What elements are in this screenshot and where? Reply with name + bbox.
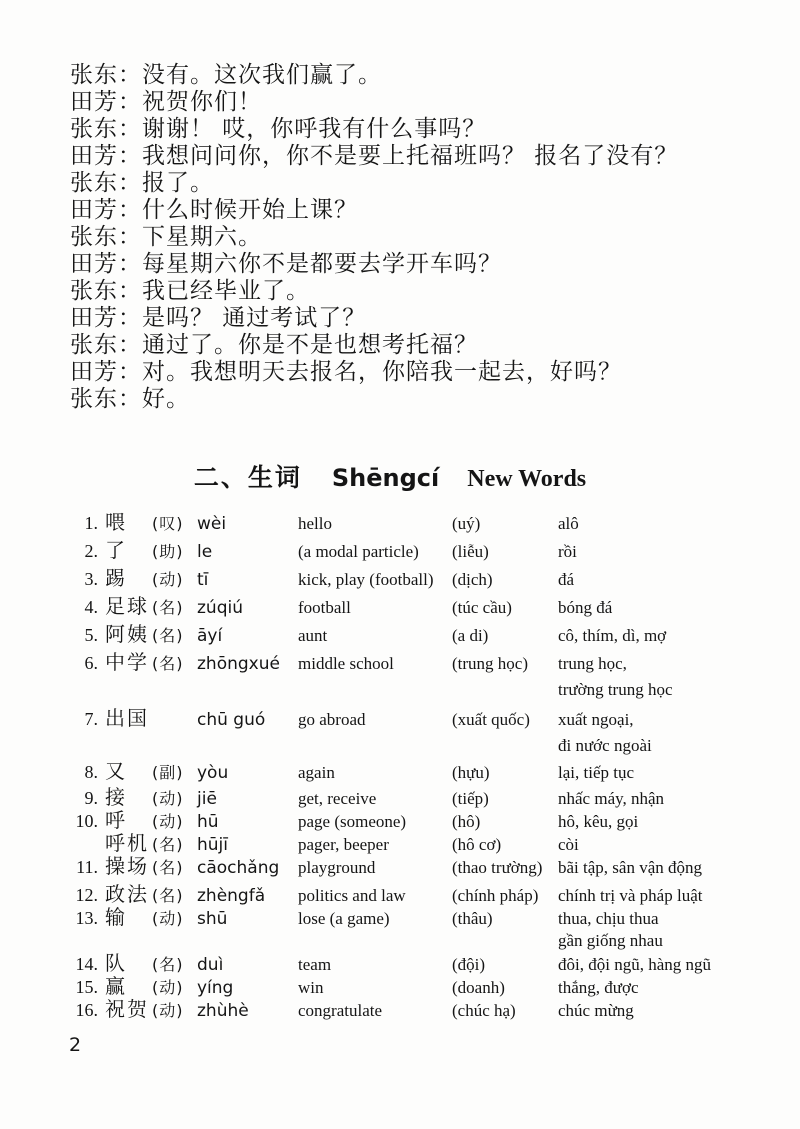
vocab-hanzi: 赢 [98,975,152,998]
vocab-row: 10. 呼 (动) hū page (someone) (hô) hô, kêu… [70,809,770,832]
vocab-part-of-speech: (动) [152,907,197,930]
vocab-sino-vietnamese: (liễu) [452,538,558,566]
vocab-part-of-speech: (副) [152,761,197,784]
vocab-row: 2. 了 (助) le (a modal particle) (liễu) rồ… [70,536,770,564]
vocab-english: middle school [298,650,452,678]
vocab-pinyin: hū [197,811,298,834]
vocab-pinyin: zhèngfǎ [197,885,298,908]
vocab-hanzi: 呼机 [98,832,152,855]
vocab-part-of-speech: (名) [152,833,197,856]
vocab-sino-vietnamese: (hựu) [452,761,558,784]
vocab-row: 13. 输 (动) shū lose (a game) (thâu) thua,… [70,906,770,929]
vocab-vietnamese: rồi [558,538,770,566]
vocab-hanzi: 中学 [98,648,152,676]
dialogue-section: 张东：没有。这次我们赢了。 田芳：祝贺你们！ 张东：谢谢！ 哎，你呼我有什么事吗… [70,62,678,413]
vocab-vietnamese: thắng, được [558,976,770,999]
dialogue-line: 张东：下星期六。 [70,224,678,251]
vocab-english: aunt [298,622,452,650]
vocab-english: lose (a game) [298,907,452,930]
textbook-page: { "page": { "background": "#fdfdfc", "te… [0,0,800,1129]
vocab-sino-vietnamese: (xuất quốc) [452,706,558,734]
vocab-hanzi: 踢 [98,564,152,592]
vocab-hanzi: 呼 [98,809,152,832]
vocab-vietnamese: chính trị và pháp luật [558,884,770,907]
vocab-number: 1. [70,509,98,537]
vocab-sino-vietnamese: (dịch) [452,566,558,594]
vocab-row: gần giống nhau [70,929,770,952]
vocab-english: go abroad [298,706,452,734]
vocab-hanzi: 又 [98,760,152,783]
vocab-pinyin: yíng [197,977,298,1000]
vocab-sino-vietnamese: (túc cầu) [452,594,558,622]
vocab-vietnamese: hô, kêu, gọi [558,810,770,833]
vocab-vietnamese: bãi tập, sân vận động [558,856,770,879]
vocab-sino-vietnamese: (thao trường) [452,856,558,879]
vocab-row: 4. 足球 (名) zúqiú football (túc cầu) bóng … [70,592,770,620]
section-title-pinyin: Shēngcí [332,464,439,492]
vocab-row: 8. 又 (副) yòu again (hựu) lại, tiếp tục [70,760,770,783]
vocab-row: 9. 接 (动) jiē get, receive (tiếp) nhấc má… [70,786,770,809]
vocab-vietnamese: alô [558,510,770,538]
vocab-part-of-speech: (名) [152,594,197,622]
vocab-pinyin: wèi [197,510,298,538]
dialogue-line: 张东：没有。这次我们赢了。 [70,62,678,89]
vocab-sino-vietnamese: (a di) [452,622,558,650]
vocab-row: 5. 阿姨 (名) āyí aunt (a di) cô, thím, dì, … [70,620,770,648]
vocab-english: win [298,976,452,999]
vocab-sino-vietnamese: (trung học) [452,650,558,678]
vocab-sino-vietnamese: (uý) [452,510,558,538]
vocab-row: 12. 政法 (名) zhèngfǎ politics and law (chí… [70,883,770,906]
vocab-english: (a modal particle) [298,538,452,566]
vocab-number: 14. [70,953,98,976]
vocab-number: 13. [70,907,98,930]
vocab-english: football [298,594,452,622]
dialogue-line: 田芳：每星期六你不是都要去学开车吗？ [70,251,678,278]
vocab-part-of-speech: (名) [152,650,197,678]
vocab-pinyin: zhùhè [197,1000,298,1023]
dialogue-line: 张东：好。 [70,386,678,413]
vocab-row: 7. 出国 chū guó go abroad (xuất quốc) xuất… [70,704,770,732]
dialogue-line: 田芳：我想问问你，你不是要上托福班吗？ 报名了没有？ [70,143,678,170]
vocab-part-of-speech: (动) [152,976,197,999]
vocab-english: get, receive [298,787,452,810]
vocab-vietnamese: bóng đá [558,594,770,622]
vocab-pinyin: zhōngxué [197,650,298,678]
vocab-number: 12. [70,884,98,907]
vocab-part-of-speech: (动) [152,787,197,810]
vocab-number: 4. [70,593,98,621]
section-title-chinese: 二、生词 [194,463,302,492]
vocab-vietnamese: thua, chịu thua [558,907,770,930]
vocab-sino-vietnamese: (hô) [452,810,558,833]
vocab-sino-vietnamese: (thâu) [452,907,558,930]
vocab-sino-vietnamese: (doanh) [452,976,558,999]
vocab-vietnamese: trường trung học [558,676,770,704]
vocab-number: 9. [70,787,98,810]
vocab-number: 2. [70,537,98,565]
vocab-vietnamese: cô, thím, dì, mợ [558,622,770,650]
section-title-english: New Words [467,466,586,492]
vocab-part-of-speech: (名) [152,953,197,976]
vocab-pinyin: cāochǎng [197,857,298,880]
vocab-table: 1. 喂 (叹) wèi hello (uý) alô 2. 了 (助) le … [70,508,770,1021]
vocab-part-of-speech: (名) [152,884,197,907]
vocab-vietnamese: đi nước ngoài [558,732,770,760]
vocab-hanzi: 出国 [98,704,152,732]
vocab-english: pager, beeper [298,833,452,856]
vocab-sino-vietnamese: (chính pháp) [452,884,558,907]
vocab-pinyin: jiē [197,788,298,811]
vocab-pinyin: yòu [197,762,298,785]
section-title: 二、生词 Shēngcí New Words [0,458,780,494]
vocab-hanzi: 操场 [98,855,152,878]
vocab-row: đi nước ngoài [70,732,770,760]
vocab-hanzi: 输 [98,906,152,929]
vocab-number: 3. [70,565,98,593]
vocab-number: 10. [70,810,98,833]
vocab-pinyin: duì [197,954,298,977]
vocab-part-of-speech: (动) [152,999,197,1022]
vocab-row: 16. 祝贺 (动) zhùhè congratulate (chúc hạ) … [70,998,770,1021]
vocab-sino-vietnamese: (chúc hạ) [452,999,558,1022]
vocab-vietnamese: còi [558,833,770,856]
vocab-hanzi: 阿姨 [98,620,152,648]
vocab-english: hello [298,510,452,538]
vocab-sino-vietnamese: (hô cơ) [452,833,558,856]
vocab-row: 1. 喂 (叹) wèi hello (uý) alô [70,508,770,536]
vocab-row: 11. 操场 (名) cāochǎng playground (thao trư… [70,855,770,878]
vocab-part-of-speech: (动) [152,810,197,833]
vocab-hanzi: 喂 [98,508,152,536]
vocab-number: 8. [70,761,98,784]
vocab-row: 15. 赢 (动) yíng win (doanh) thắng, được [70,975,770,998]
vocab-row: trường trung học [70,676,770,704]
vocab-vietnamese: trung học, [558,650,770,678]
vocab-pinyin: tī [197,566,298,594]
vocab-number: 5. [70,621,98,649]
vocab-english: kick, play (football) [298,566,452,594]
dialogue-line: 田芳：是吗？ 通过考试了？ [70,305,678,332]
vocab-part-of-speech: (动) [152,566,197,594]
vocab-sino-vietnamese: (đội) [452,953,558,976]
vocab-english: again [298,761,452,784]
dialogue-line: 田芳：对。我想明天去报名，你陪我一起去，好吗？ [70,359,678,386]
vocab-english: page (someone) [298,810,452,833]
vocab-number: 6. [70,649,98,677]
vocab-english: playground [298,856,452,879]
vocab-hanzi: 队 [98,952,152,975]
vocab-hanzi: 政法 [98,883,152,906]
vocab-vietnamese: xuất ngoại, [558,706,770,734]
vocab-english: team [298,953,452,976]
vocab-hanzi: 足球 [98,592,152,620]
vocab-vietnamese: nhấc máy, nhận [558,787,770,810]
vocab-hanzi: 祝贺 [98,998,152,1021]
vocab-part-of-speech: (叹) [152,510,197,538]
vocab-row: 6. 中学 (名) zhōngxué middle school (trung … [70,648,770,676]
vocab-vietnamese: đôi, đội ngũ, hàng ngũ [558,953,770,976]
vocab-vietnamese: chúc mừng [558,999,770,1022]
dialogue-line: 田芳：祝贺你们！ [70,89,678,116]
vocab-english: politics and law [298,884,452,907]
vocab-row: 14. 队 (名) duì team (đội) đôi, đội ngũ, h… [70,952,770,975]
vocab-pinyin: āyí [197,622,298,650]
dialogue-line: 张东：报了。 [70,170,678,197]
vocab-vietnamese: đá [558,566,770,594]
vocab-pinyin: shū [197,908,298,931]
vocab-number: 16. [70,999,98,1022]
vocab-row: 呼机 (名) hūjī pager, beeper (hô cơ) còi [70,832,770,855]
vocab-part-of-speech: (名) [152,856,197,879]
vocab-english: congratulate [298,999,452,1022]
dialogue-line: 田芳：什么时候开始上课？ [70,197,678,224]
page-number: 2 [69,1034,81,1056]
vocab-pinyin: chū guó [197,706,298,734]
dialogue-line: 张东：我已经毕业了。 [70,278,678,305]
vocab-number: 7. [70,705,98,733]
vocab-hanzi: 接 [98,786,152,809]
vocab-hanzi: 了 [98,536,152,564]
vocab-number: 15. [70,976,98,999]
vocab-pinyin: hūjī [197,834,298,857]
vocab-vietnamese: gần giống nhau [558,929,770,952]
vocab-pinyin: zúqiú [197,594,298,622]
vocab-number: 11. [70,856,98,879]
vocab-part-of-speech: (名) [152,622,197,650]
vocab-part-of-speech: (助) [152,538,197,566]
vocab-vietnamese: lại, tiếp tục [558,761,770,784]
vocab-pinyin: le [197,538,298,566]
dialogue-line: 张东：谢谢！ 哎，你呼我有什么事吗？ [70,116,678,143]
dialogue-line: 张东：通过了。你是不是也想考托福？ [70,332,678,359]
vocab-sino-vietnamese: (tiếp) [452,787,558,810]
vocab-row: 3. 踢 (动) tī kick, play (football) (dịch)… [70,564,770,592]
